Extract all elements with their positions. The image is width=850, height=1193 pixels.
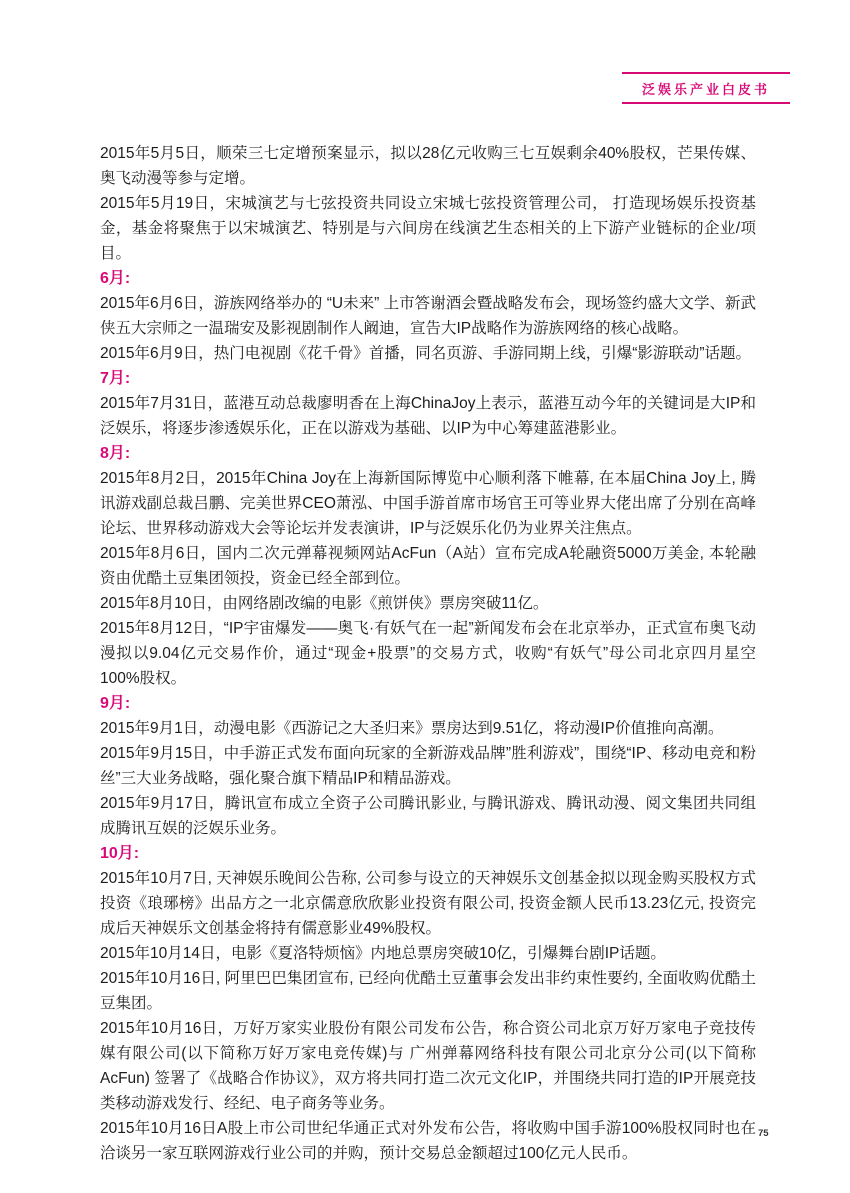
timeline-entry: 2015年9月1日，动漫电影《西游记之大圣归来》票房达到9.51亿，将动漫IP价… [100, 716, 756, 741]
timeline-entry: 2015年8月10日，由网络剧改编的电影《煎饼侠》票房突破11亿。 [100, 591, 756, 616]
timeline-entry: 2015年7月31日，蓝港互动总裁廖明香在上海ChinaJoy上表示，蓝港互动今… [100, 391, 756, 441]
timeline-entry: 2015年10月16日，万好万家实业股份有限公司发布公告，称合资公司北京万好万家… [100, 1016, 756, 1116]
month-heading: 6月: [100, 266, 756, 291]
timeline-entry: 2015年5月5日，顺荣三七定增预案显示，拟以28亿元收购三七互娱剩余40%股权… [100, 141, 756, 191]
timeline-entry: 2015年10月14日，电影《夏洛特烦恼》内地总票房突破10亿，引爆舞台剧IP话… [100, 941, 756, 966]
page-number: 75 [758, 1128, 769, 1139]
month-heading: 7月: [100, 366, 756, 391]
timeline-entry: 2015年8月6日，国内二次元弹幕视频网站AcFun（A站）宣布完成A轮融资50… [100, 541, 756, 591]
month-heading: 9月: [100, 691, 756, 716]
timeline-entry: 2015年8月12日，“IP宇宙爆发——奥飞·有妖气在一起”新闻发布会在北京举办… [100, 616, 756, 691]
month-heading: 8月: [100, 441, 756, 466]
timeline-entry: 2015年6月9日，热门电视剧《花千骨》首播，同名页游、手游同期上线，引爆“影游… [100, 341, 756, 366]
document-body: 2015年5月5日，顺荣三七定增预案显示，拟以28亿元收购三七互娱剩余40%股权… [100, 141, 756, 1166]
page-header: 泛娱乐产业白皮书 [622, 72, 790, 104]
timeline-entry: 2015年5月19日，宋城演艺与七弦投资共同设立宋城七弦投资管理公司， 打造现场… [100, 191, 756, 266]
timeline-entry: 2015年9月17日，腾讯宣布成立全资子公司腾讯影业, 与腾讯游戏、腾讯动漫、阅… [100, 791, 756, 841]
timeline-entry: 2015年6月6日，游族网络举办的 “U未来” 上市答谢酒会暨战略发布会，现场签… [100, 291, 756, 341]
month-heading: 10月: [100, 841, 756, 866]
document-page: { "page": { "header_title": "泛娱乐产业白皮书", … [0, 0, 850, 1193]
timeline-entry: 2015年8月2日，2015年China Joy在上海新国际博览中心顺利落下帷幕… [100, 466, 756, 541]
timeline-entry: 2015年10月7日, 天神娱乐晚间公告称, 公司参与设立的天神娱乐文创基金拟以… [100, 866, 756, 941]
header-title: 泛娱乐产业白皮书 [622, 79, 790, 98]
timeline-entry: 2015年10月16日A股上市公司世纪华通正式对外发布公告，将收购中国手游100… [100, 1116, 756, 1166]
timeline-entry: 2015年9月15日，中手游正式发布面向玩家的全新游戏品牌”胜利游戏”，围绕“I… [100, 741, 756, 791]
timeline-entry: 2015年10月16日, 阿里巴巴集团宣布, 已经向优酷土豆董事会发出非约束性要… [100, 966, 756, 1016]
